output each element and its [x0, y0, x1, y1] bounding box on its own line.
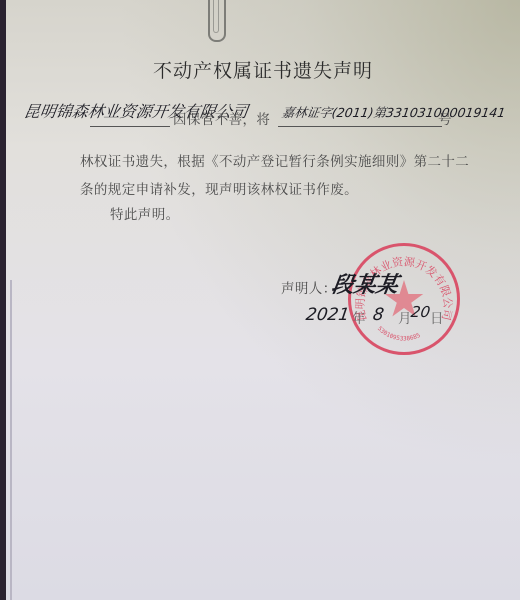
closing-text: 特此声明。 — [110, 203, 180, 223]
date-day: 20 — [410, 303, 432, 321]
cert-number-underline — [278, 126, 442, 127]
body-text-line2: 林权证书遗失，根据《不动产登记暂行条例实施细则》第二十二 — [80, 150, 469, 170]
handwritten-certificate-number: 嘉林证字(2011)第331031000019141 — [281, 103, 507, 121]
date-day-label: 日 — [430, 307, 444, 327]
date-year: 2021 — [305, 305, 351, 325]
declarant-signature: 段某某 — [330, 268, 400, 299]
company-underline — [90, 126, 170, 127]
company-seal-stamp: 昆明锦森林业资源开发有限公司 5301095338685 — [348, 243, 460, 355]
document-paper: 不动产权属证书遗失声明 昆明锦森林业资源开发有限公司 因保管不善，将 嘉林证字(… — [6, 0, 520, 600]
svg-text:5301095338685: 5301095338685 — [376, 325, 422, 342]
paperclip-icon — [208, 0, 226, 42]
stamp-text-ring: 昆明锦森林业资源开发有限公司 5301095338685 — [348, 243, 460, 355]
body-text-line3: 条的规定申请补发，现声明该林权证书作废。 — [80, 178, 358, 198]
date-year-label: 年 — [352, 307, 366, 327]
body-text-line1-end: 号 — [438, 108, 452, 128]
declarant-label: 声明人： — [281, 277, 337, 297]
document-title: 不动产权属证书遗失声明 — [6, 56, 520, 83]
body-text-line1-middle: 因保管不善，将 — [173, 108, 270, 128]
paper-edge-line — [10, 280, 12, 600]
